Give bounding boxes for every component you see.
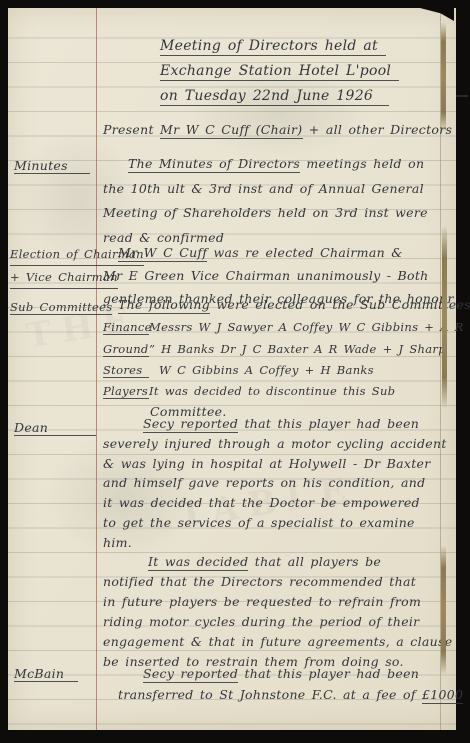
dean-line: to get the services of a specialist to e… bbox=[103, 513, 447, 533]
dean-line: & was lying in hospital at Holywell - Dr… bbox=[103, 454, 447, 474]
adjacent-page-edge-line bbox=[456, 95, 468, 97]
present-line: Present Mr W C Cuff (Chair) + all other … bbox=[103, 122, 452, 137]
meeting-heading: Meeting of Directors held at Exchange St… bbox=[160, 34, 399, 109]
resolution-line: engagement & that in future agreements, … bbox=[103, 632, 452, 652]
ledger-page: THE TABLE Meeting of Directors held at E… bbox=[8, 8, 456, 730]
subcommittee-row-ground: Ground” H Banks Dr J C Baxter A R Wade +… bbox=[103, 342, 446, 357]
dean-line: it was decided that the Doctor be empowe… bbox=[103, 493, 447, 513]
minutes-paragraph: The Minutes of Directors meetings held o… bbox=[103, 152, 428, 250]
margin-label-sub-committees: Sub Committees bbox=[10, 300, 112, 315]
dean-line: and himself gave reports on his conditio… bbox=[103, 473, 447, 493]
mcbain-line: Secy reported that this player had been bbox=[103, 663, 463, 684]
heading-line-3: on Tuesday 22nd June 1926 bbox=[160, 84, 399, 109]
heading-line-1: Meeting of Directors held at bbox=[160, 34, 399, 59]
minutes-line: The Minutes of Directors meetings held o… bbox=[103, 152, 428, 177]
margin-label-mcbain: McBain bbox=[14, 666, 78, 682]
resolution-paragraph: It was decided that all players be notif… bbox=[103, 552, 452, 672]
scanned-minute-book-photo: THE TABLE Meeting of Directors held at E… bbox=[0, 0, 470, 743]
dean-paragraph: Secy reported that this player had been … bbox=[103, 414, 447, 553]
margin-label-minutes: Minutes bbox=[14, 158, 90, 174]
dean-line: severely injured through a motor cycling… bbox=[103, 434, 447, 454]
subcommittee-row-finance: FinanceMessrs W J Sawyer A Coffey W C Gi… bbox=[103, 320, 470, 335]
dean-line: him. bbox=[103, 533, 447, 553]
resolution-line: notified that the Directors recommended … bbox=[103, 572, 452, 592]
mcbain-line: transferred to St Johnstone F.C. at a fe… bbox=[103, 684, 463, 705]
minutes-line: Meeting of Shareholders held on 3rd inst… bbox=[103, 201, 428, 226]
mcbain-paragraph: Secy reported that this player had been … bbox=[103, 663, 463, 705]
subcommittees-intro: The following were elected on the Sub Co… bbox=[103, 297, 470, 312]
subcommittee-row-players: PlayersIt was decided to discontinue thi… bbox=[103, 384, 395, 399]
page-edge-sliver bbox=[441, 22, 446, 132]
subcommittee-row-stores: StoresW C Gibbins A Coffey + H Banks bbox=[103, 363, 374, 378]
page-edge-sliver bbox=[442, 225, 447, 410]
margin-label-dean: Dean bbox=[14, 420, 96, 436]
resolution-line: It was decided that all players be bbox=[103, 552, 452, 572]
minutes-line: the 10th ult & 3rd inst and of Annual Ge… bbox=[103, 177, 428, 202]
dean-line: Secy reported that this player had been bbox=[103, 414, 447, 434]
resolution-line: in future players be requested to refrai… bbox=[103, 592, 452, 612]
page-edge-sliver bbox=[441, 545, 446, 675]
heading-line-2: Exchange Station Hotel L'pool bbox=[160, 59, 399, 84]
resolution-line: riding motor cycles during the period of… bbox=[103, 612, 452, 632]
election-line: Mr W C Cuff was re elected Chairman & bbox=[103, 241, 454, 264]
election-line: Mr E Green Vice Chairman unanimously - B… bbox=[103, 264, 454, 287]
margin-rule-line bbox=[96, 8, 97, 730]
